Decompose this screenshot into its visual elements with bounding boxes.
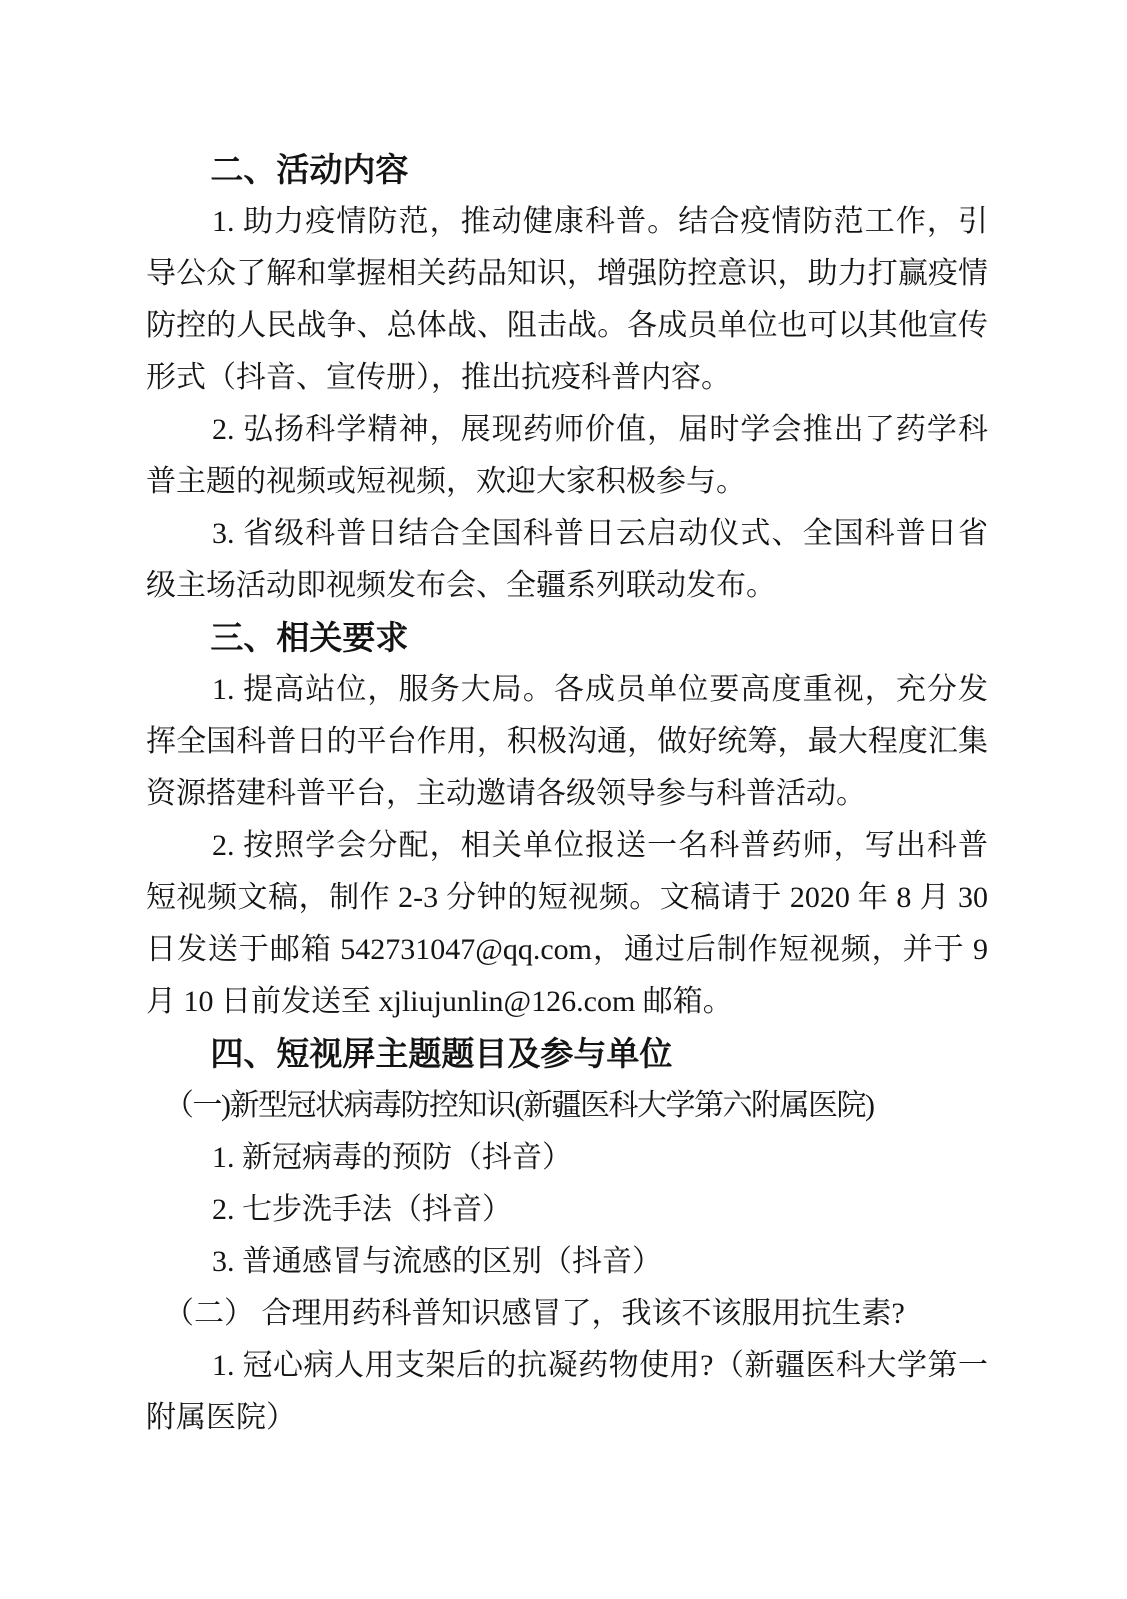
paragraph-topic-group-2-item-1: 1. 冠心病人用支架后的抗凝药物使用?（新疆医科大学第一附属医院） bbox=[146, 1340, 988, 1444]
section-heading-activity-content: 二、活动内容 bbox=[146, 144, 988, 196]
paragraph-activity-1: 1. 助力疫情防范，推动健康科普。结合疫情防范工作，引导公众了解和掌握相关药品知… bbox=[146, 196, 988, 404]
topic-item-2: 2. 七步洗手法（抖音） bbox=[146, 1184, 988, 1236]
paragraph-requirement-2: 2. 按照学会分配，相关单位报送一名科普药师，写出科普短视频文稿，制作 2-3 … bbox=[146, 820, 988, 1028]
topic-item-1: 1. 新冠病毒的预防（抖音） bbox=[146, 1132, 988, 1184]
section-heading-requirements: 三、相关要求 bbox=[146, 612, 988, 664]
topic-group-2-title: （二） 合理用药科普知识感冒了，我该不该服用抗生素? bbox=[146, 1288, 988, 1340]
paragraph-activity-3: 3. 省级科普日结合全国科普日云启动仪式、全国科普日省级主场活动即视频发布会、全… bbox=[146, 508, 988, 612]
document-content: 二、活动内容 1. 助力疫情防范，推动健康科普。结合疫情防范工作，引导公众了解和… bbox=[146, 144, 988, 1444]
document-page: 二、活动内容 1. 助力疫情防范，推动健康科普。结合疫情防范工作，引导公众了解和… bbox=[0, 0, 1127, 1599]
paragraph-activity-2: 2. 弘扬科学精神，展现药师价值，届时学会推出了药学科普主题的视频或短视频，欢迎… bbox=[146, 404, 988, 508]
topic-item-3: 3. 普通感冒与流感的区别（抖音） bbox=[146, 1236, 988, 1288]
paragraph-requirement-1: 1. 提高站位，服务大局。各成员单位要高度重视，充分发挥全国科普日的平台作用，积… bbox=[146, 664, 988, 820]
section-heading-video-topics: 四、短视屏主题题目及参与单位 bbox=[146, 1028, 988, 1080]
topic-group-1-title: （一)新型冠状病毒防控知识(新疆医科大学第六附属医院) bbox=[146, 1080, 988, 1132]
